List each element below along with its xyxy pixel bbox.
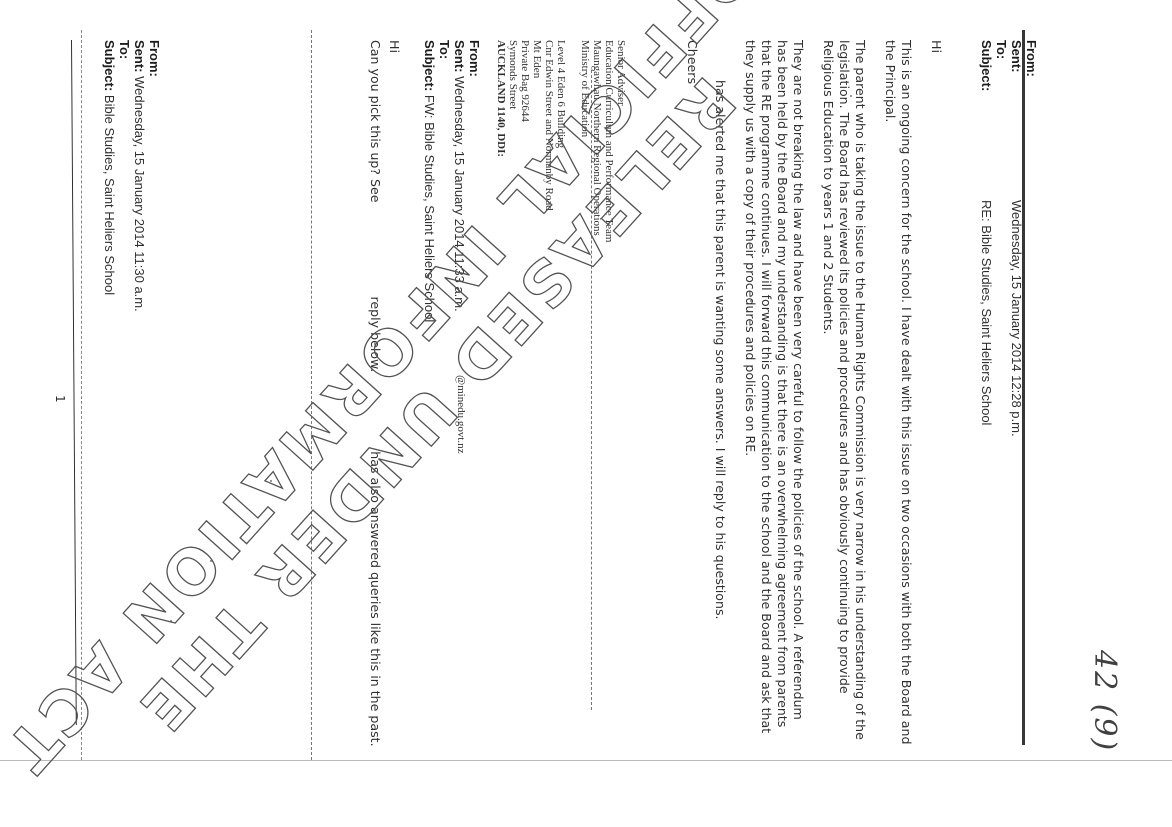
email-3-header: From: Sent: Wednesday, 15 January 2014 1…: [102, 40, 162, 312]
paragraph-4: has alerted me that this parent is wanti…: [712, 40, 728, 745]
handwritten-folio-annotation: 42 (9): [1087, 650, 1122, 752]
signature-block: Senior Adviser Education Curriculum and …: [495, 40, 627, 242]
message-part-3: has also answered queries like this in t…: [368, 451, 383, 746]
email-1-header-values: Wednesday, 15 January 2014 12:28 p.m. RE…: [979, 200, 1024, 437]
sent-value: Wednesday, 15 January 2014 11:33 a.m.: [452, 76, 467, 312]
scanned-document-page: 42 (9) From: Sent: To: Subject: Wednesda…: [0, 0, 1172, 827]
scan-speck: [750, 300, 752, 302]
message-part-2: reply below.: [368, 297, 383, 373]
subject-label: Subject:: [979, 40, 994, 110]
message-part-1: Can you pick this up? See: [368, 40, 383, 203]
sent-value: Wednesday, 15 January 2014 11:30 a.m.: [132, 76, 147, 312]
scan-edge-line: [0, 760, 1172, 761]
address-line: Mt Eden: [531, 40, 543, 242]
paragraph-3: They are not breaking the law and have b…: [742, 40, 806, 745]
email-2-message: Can you pick this up? See reply below. h…: [368, 40, 383, 745]
scan-speck: [170, 620, 172, 622]
sent-label: Sent:: [1009, 40, 1024, 110]
address-line: Symonds Street: [507, 40, 519, 242]
to-label: To:: [117, 40, 132, 59]
from-label: From:: [147, 40, 162, 77]
paragraph-2: The parent who is taking the issue to th…: [820, 40, 868, 745]
from-label: From:: [1024, 40, 1039, 110]
paragraph-1: This is an ongoing concern for the schoo…: [882, 40, 914, 745]
greeting: Hi: [928, 40, 944, 745]
scan-speck: [210, 560, 212, 562]
email-1-subject-value: RE: Bible Studies, Saint Heliers School: [979, 200, 994, 437]
address-line: Level 4 Eden 6 Building: [555, 40, 567, 242]
subject-value: FW: Bible Studies, Saint Heliers School: [422, 95, 437, 322]
signature-org: Ministry of Education: [579, 40, 591, 242]
sent-label: Sent:: [132, 40, 147, 73]
from-label: From:: [467, 40, 482, 77]
to-label: To:: [437, 40, 452, 59]
email-1-header: From: Sent: To: Subject:: [979, 40, 1039, 110]
scan-speck: [850, 95, 852, 97]
signoff: Cheers: [684, 40, 700, 745]
email-2-header: From: Sent: Wednesday, 15 January 2014 1…: [422, 40, 482, 322]
signature-team: Education Curriculum and Performance Tea…: [603, 40, 615, 242]
signature-title: Senior Adviser: [615, 40, 627, 242]
scan-speck: [270, 480, 272, 482]
signature-email-address: @minedu.govt.nz: [455, 375, 467, 454]
subject-label: Subject:: [422, 40, 437, 91]
to-label: To:: [994, 40, 1009, 110]
subject-label: Subject:: [102, 40, 117, 91]
address-line: AUCKLAND 1140, DDI:: [495, 40, 507, 242]
address-line: Cnr Edwin Street and Normanby Road: [543, 40, 555, 242]
email-separator-line: [311, 30, 312, 760]
email-separator-line-2: [81, 30, 82, 760]
subject-value: Bible Studies, Saint Heliers School: [102, 95, 117, 295]
address-line: Private Bag 92644: [519, 40, 531, 242]
page-number: 1: [53, 395, 67, 403]
signature-region: Maungawhau Northern Regional Operations: [591, 40, 603, 242]
email-1-body: Hi This is an ongoing concern for the sc…: [670, 40, 944, 745]
email-2-body: Hi Can you pick this up? See reply below…: [368, 40, 402, 745]
sent-label: Sent:: [452, 40, 467, 73]
page-bottom-rule: [71, 40, 77, 725]
greeting: Hi: [387, 40, 402, 745]
email-1-sent-value: Wednesday, 15 January 2014 12:28 p.m.: [1009, 200, 1024, 437]
